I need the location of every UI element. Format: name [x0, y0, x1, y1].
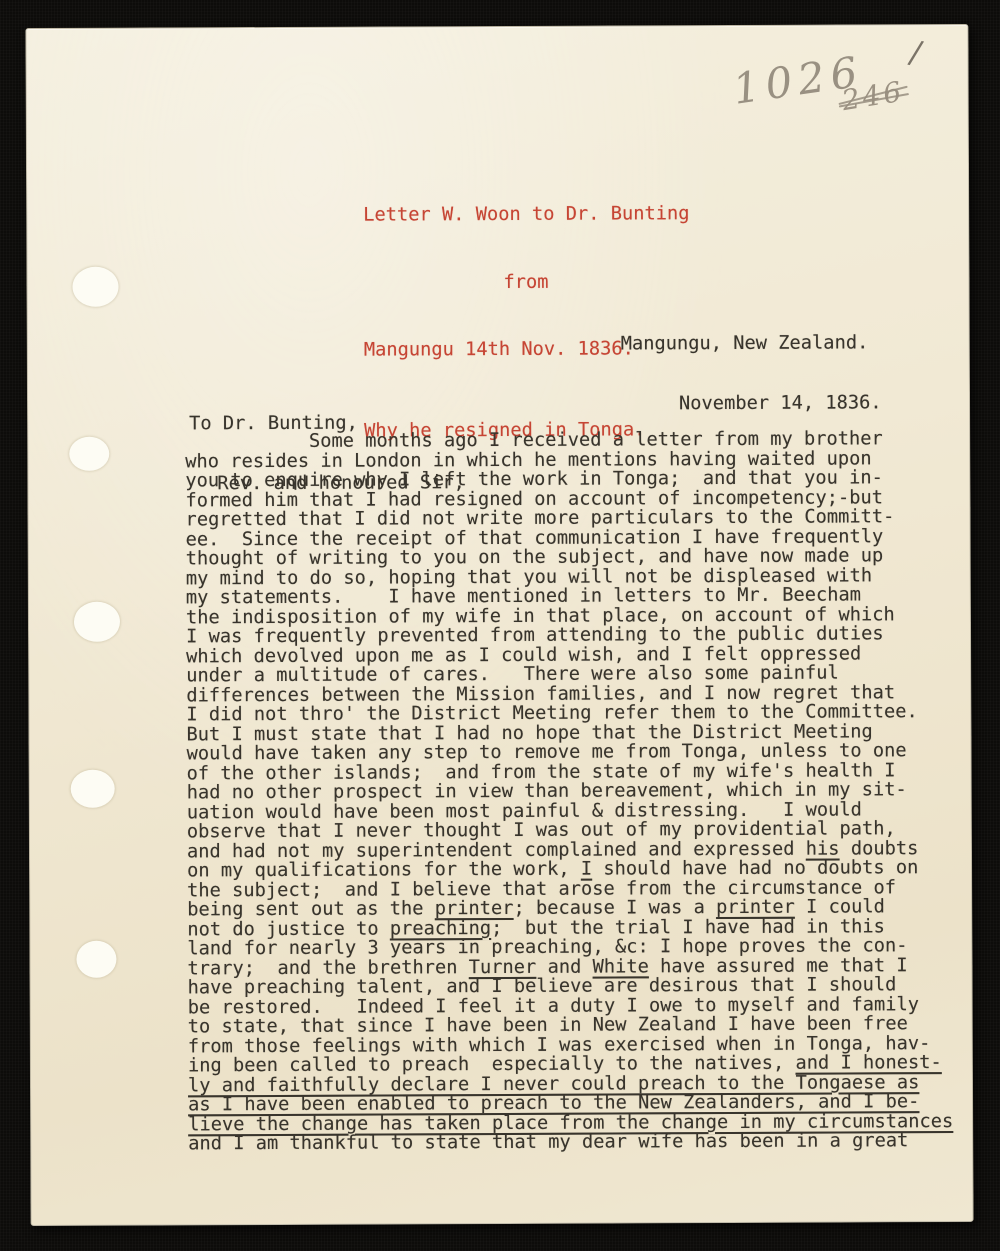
body-line: and I am thankful to state that my dear …	[188, 1131, 953, 1154]
underlined-text: I	[581, 859, 592, 880]
header-title-line: Letter W. Woon to Dr. Bunting	[363, 203, 689, 227]
scan-backdrop: / 1026 246 Letter W. Woon to Dr. Bunting…	[0, 0, 1000, 1251]
body-text-segment: doubts	[839, 838, 918, 859]
body-text-segment: ; because I was a	[513, 897, 716, 919]
punch-hole	[71, 770, 115, 808]
body-text-segment: I could	[795, 896, 885, 917]
underlined-text: his	[806, 838, 840, 859]
header-title-line: from	[363, 271, 689, 295]
underlined-text: preaching	[390, 918, 491, 939]
punch-hole	[74, 602, 120, 642]
dateline-place: Mangungu, New Zealand.	[621, 333, 882, 354]
punch-hole	[69, 437, 109, 471]
body-text-segment: should have had no doubts on	[592, 857, 918, 879]
dateline-date: November 14, 1836.	[621, 393, 882, 414]
underlined-text: Turner	[469, 956, 537, 977]
letter-body: Some months ago I received a letter from…	[185, 429, 953, 1154]
letter-page: / 1026 246 Letter W. Woon to Dr. Bunting…	[25, 24, 973, 1226]
underlined-text: White	[593, 956, 649, 977]
punch-hole	[76, 941, 116, 978]
punch-hole	[72, 267, 118, 307]
body-text-segment: not do justice to	[187, 918, 390, 940]
underlined-text: printer	[435, 898, 514, 919]
underlined-text: printer	[716, 897, 795, 918]
pencil-corner-tick: /	[906, 32, 926, 71]
underlined-text: and I honest-	[795, 1052, 941, 1074]
body-text-segment: and	[536, 956, 592, 977]
